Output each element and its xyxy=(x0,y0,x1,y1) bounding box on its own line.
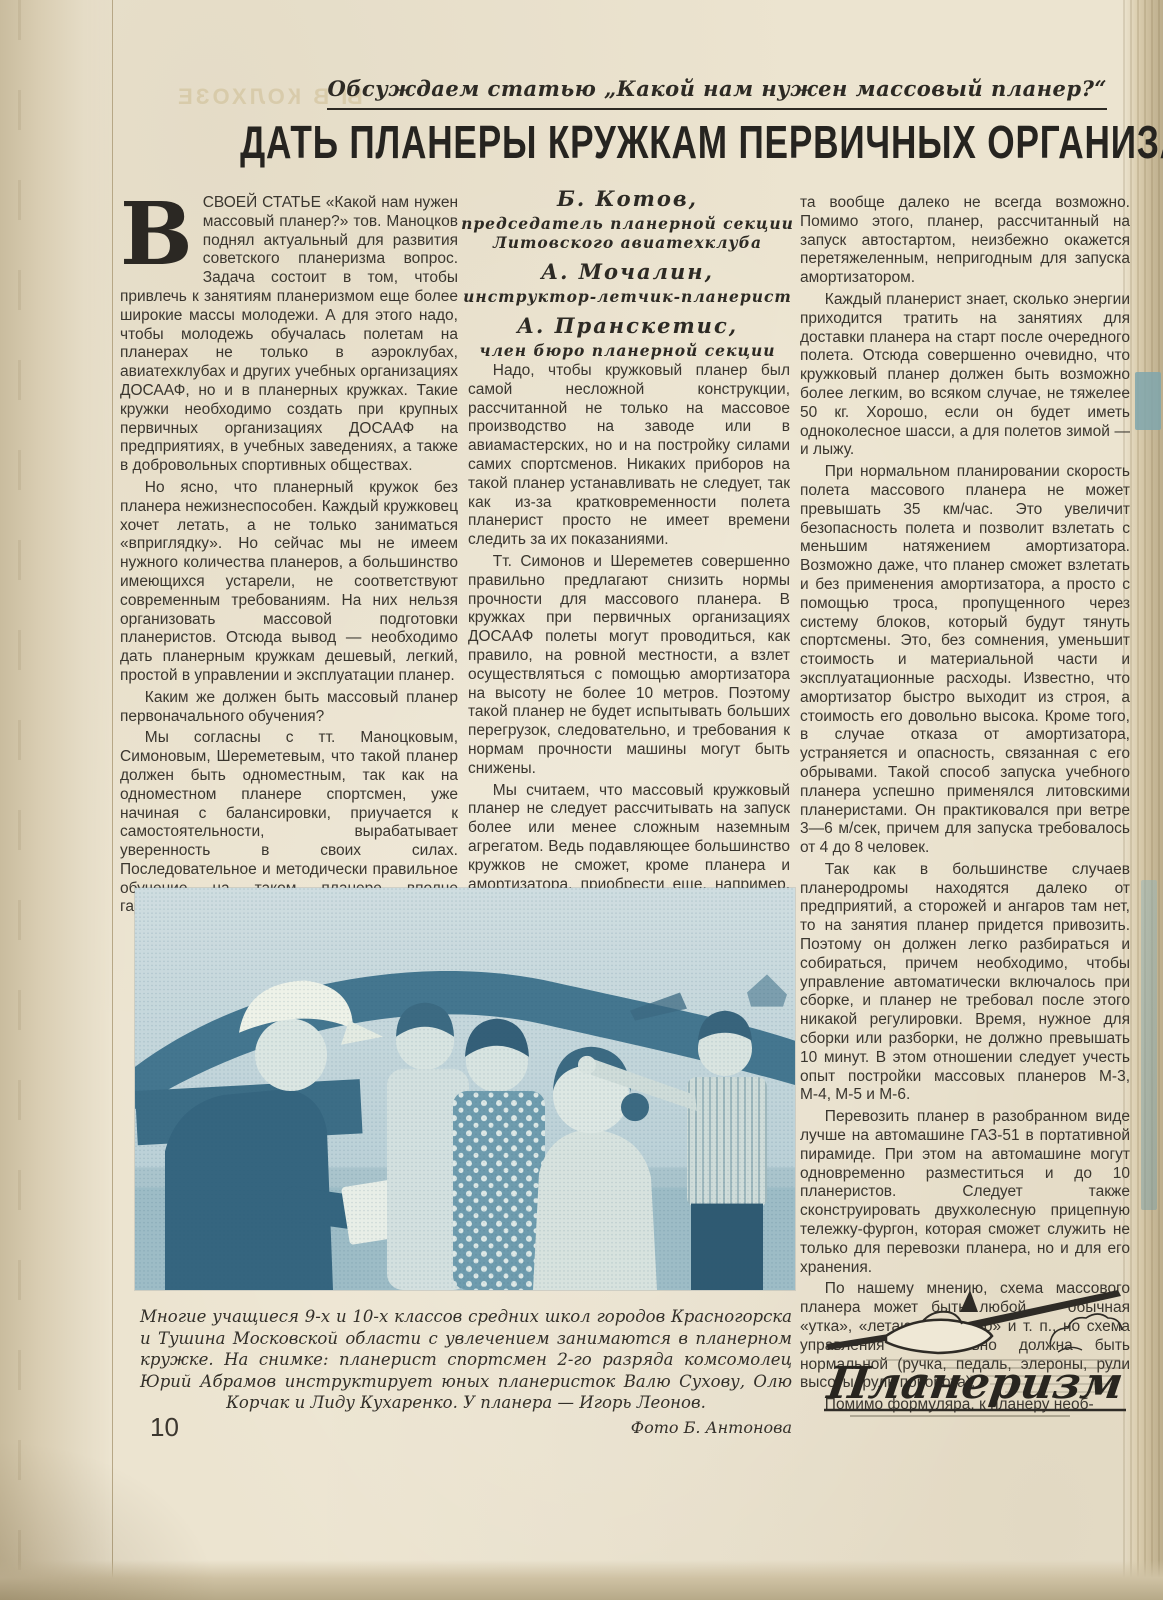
author-name: А. Мочалин, xyxy=(455,259,800,284)
adjacent-page-fragment xyxy=(1135,372,1161,430)
author-role: председатель планерной секции Литовского… xyxy=(455,214,800,252)
paragraph: Каким же должен быть массовый планер пер… xyxy=(120,689,458,727)
column-right: та вообще далеко не всегда возможно. Пом… xyxy=(800,194,1130,1418)
adjacent-page-fragment-2 xyxy=(1141,880,1157,1210)
column-middle: Надо, чтобы кружковый планер был самой н… xyxy=(468,362,790,935)
section-strapline: Обсуждаем статью „Какой нам нужен массов… xyxy=(327,76,1107,110)
photo xyxy=(135,888,795,1290)
author-role: инструктор-летчик-планерист xyxy=(455,287,800,306)
page-background: Ы В КОЛХОЗЕ Обсуждаем статью „Какой нам … xyxy=(0,0,1163,1600)
paragraph: Надо, чтобы кружковый планер был самой н… xyxy=(468,362,790,550)
logo-text: Планеризм xyxy=(822,1357,1126,1409)
paragraph: Каждый планерист знает, сколько энергии … xyxy=(800,291,1130,460)
photo-credit: Фото Б. Антонова xyxy=(140,1418,792,1437)
author-name: Б. Котов, xyxy=(455,186,800,211)
photo-illustration xyxy=(135,888,795,1290)
paragraph: Так как в большинстве случаев планеродро… xyxy=(800,861,1130,1105)
paragraph: ВСВОЕЙ СТАТЬЕ «Какой нам нужен массовый … xyxy=(120,194,458,476)
paragraph: Но ясно, что планерный кружок без планер… xyxy=(120,479,458,686)
glider-icon: Планеризм xyxy=(820,1282,1132,1424)
paragraph: Тт. Симонов и Шереметев совершенно прави… xyxy=(468,553,790,779)
column-left: ВСВОЕЙ СТАТЬЕ «Какой нам нужен массовый … xyxy=(120,194,458,920)
halftone-overlay xyxy=(135,888,795,1290)
paragraph: При нормальном планировании скорость пол… xyxy=(800,463,1130,858)
binding-edge xyxy=(0,0,113,1600)
paragraph: та вообще далеко не всегда возможно. Пом… xyxy=(800,194,1130,288)
author-name: А. Пранскетис, xyxy=(455,313,800,338)
drop-cap: В xyxy=(120,194,203,272)
page-title: ДАТЬ ПЛАНЕРЫ КРУЖКАМ ПЕРВИЧНЫХ ОРГАНИЗАЦ… xyxy=(112,118,1124,168)
paragraph: Перевозить планер в разобранном виде луч… xyxy=(800,1108,1130,1277)
author-role: член бюро планерной секции xyxy=(455,341,800,360)
byline-block: Б. Котов, председатель планерной секции … xyxy=(455,182,800,367)
corner-shadow xyxy=(0,1440,220,1600)
photo-caption: Многие учащиеся 9-х и 10-х классов средн… xyxy=(140,1306,792,1414)
page-number: 10 xyxy=(150,1412,179,1443)
rubric-logo: Планеризм xyxy=(820,1282,1132,1424)
